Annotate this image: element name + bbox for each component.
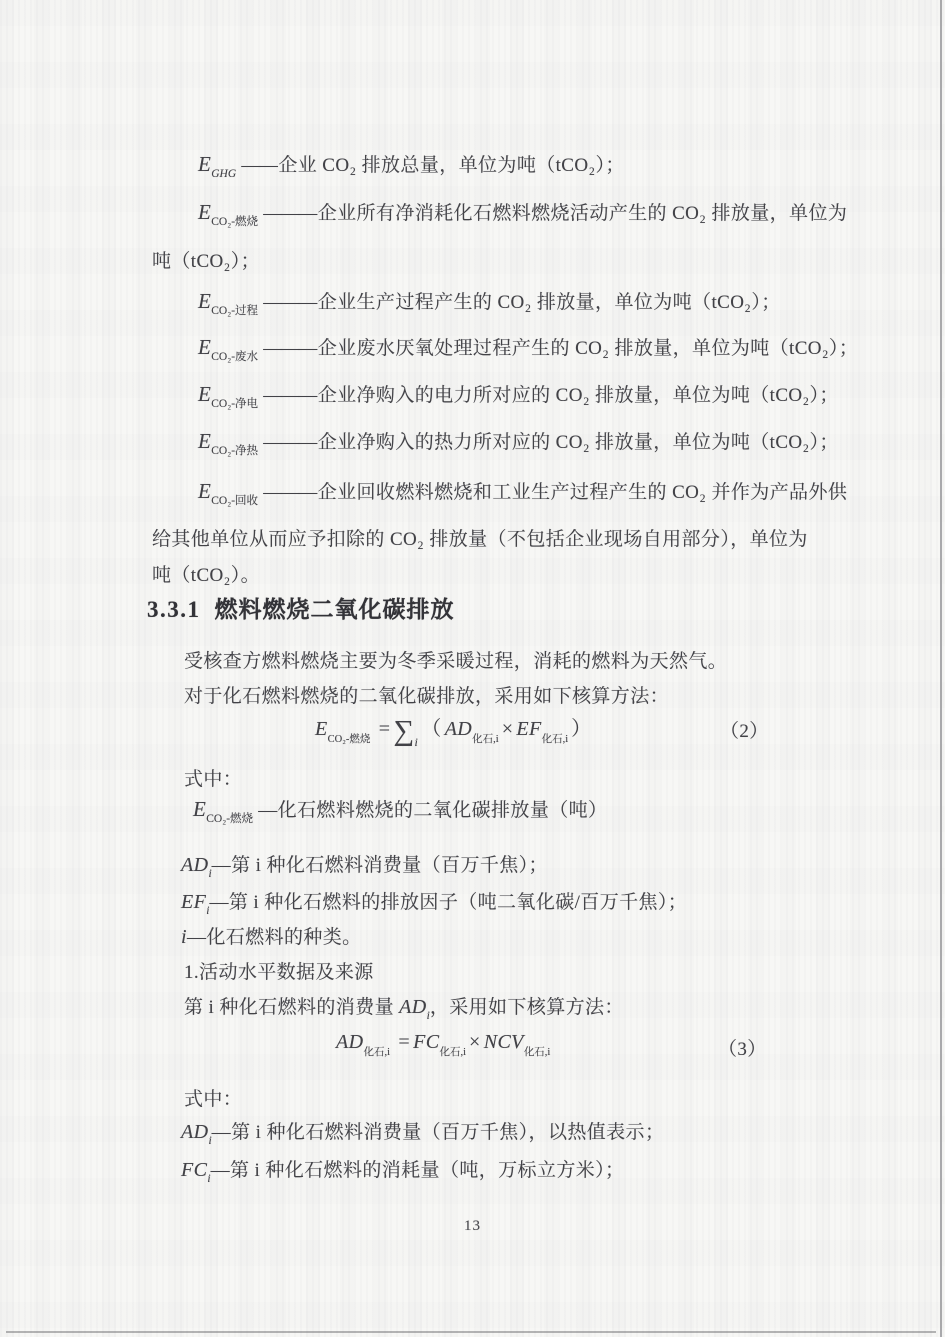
paragraph-text: 第 i 种化石燃料的消费量 bbox=[184, 997, 399, 1018]
variable-text: —第 i 种化石燃料消费量（百万千焦），以热值表示； bbox=[212, 1122, 665, 1143]
page-number-text: 13 bbox=[464, 1218, 481, 1234]
definition-co2-recovered-wrap1: 给其他单位从而应予扣除的 CO₂ 排放量（不包括企业现场自用部分），单位为 bbox=[152, 524, 808, 551]
variable-base: AD bbox=[399, 996, 426, 1018]
formula-2-number: （2） bbox=[720, 716, 769, 743]
open-paren: （ bbox=[418, 718, 444, 740]
definition-co2-recovered: ECO₂-回收 ———企业回收燃料燃烧和工业生产过程产生的 CO₂ 并作为产品外… bbox=[198, 477, 847, 508]
paragraph: 受核查方燃料燃烧主要为冬季采暖过程，消耗的燃料为天然气。 bbox=[184, 646, 727, 673]
variable-text: —化石燃料的种类。 bbox=[187, 927, 362, 948]
definition-fuel-emission: ECO₂-燃烧 —化石燃料燃烧的二氧化碳排放量（吨） bbox=[193, 795, 607, 826]
paragraph-fuel-consumption: 第 i 种化石燃料的消费量 ADi，采用如下核算方法： bbox=[184, 992, 624, 1022]
where-label: 式中： bbox=[184, 764, 242, 791]
section-heading: 3.3.1燃料燃烧二氧化碳排放 bbox=[147, 591, 455, 624]
variable-ad-2: ADi—第 i 种化石燃料消费量（百万千焦），以热值表示； bbox=[181, 1117, 664, 1147]
symbol-base: E bbox=[198, 382, 211, 406]
formula-ncv-subscript: 化石,i bbox=[524, 1047, 551, 1058]
variable-text: —第 i 种化石燃料消费量（百万千焦）； bbox=[212, 855, 548, 876]
formula-ad-subscript: 化石,i bbox=[363, 1047, 390, 1058]
definition-dash: ——— bbox=[263, 482, 316, 503]
equals-sign: = bbox=[395, 1031, 413, 1053]
page-number: 13 bbox=[0, 1218, 945, 1235]
variable-base: AD bbox=[181, 854, 208, 876]
formula-lhs: E bbox=[315, 718, 328, 740]
symbol-base: E bbox=[193, 797, 206, 821]
definition-dash: ——— bbox=[263, 338, 316, 359]
variable-ef: EFi—第 i 种化石燃料的排放因子（吨二氧化碳/百万千焦）； bbox=[181, 887, 687, 917]
equals-sign: = bbox=[376, 718, 394, 740]
definition-dash: — bbox=[258, 800, 277, 821]
variable-base: FC bbox=[181, 1159, 207, 1181]
formula-lhs-subscript: CO₂-燃烧 bbox=[328, 734, 371, 745]
variable-fc: FCi—第 i 种化石燃料的消耗量（吨，万标立方米）； bbox=[181, 1155, 624, 1185]
definition-co2-fuel: ECO₂-燃烧 ———企业所有净消耗化石燃料燃烧活动产生的 CO₂ 排放量，单位… bbox=[198, 198, 847, 229]
symbol-base: E bbox=[198, 479, 211, 503]
paragraph-text: 对于化石燃料燃烧的二氧化碳排放，采用如下核算方法： bbox=[184, 686, 669, 707]
where-text: 式中： bbox=[184, 1089, 242, 1110]
symbol-base: E bbox=[198, 289, 211, 313]
definition-text: 企业回收燃料燃烧和工业生产过程产生的 CO₂ 并作为产品外供 bbox=[318, 482, 848, 503]
formula-3: AD化石,i =FC化石,i×NCV化石,i bbox=[336, 1031, 550, 1059]
definition-egh: EGHG ——企业 CO₂ 排放总量，单位为吨（tCO₂）； bbox=[198, 150, 625, 180]
equation-number: （2） bbox=[720, 721, 769, 742]
definition-co2-wastewater: ECO₂-废水 ———企业废水厌氧处理过程产生的 CO₂ 排放量，单位为吨（tC… bbox=[198, 333, 858, 364]
definition-dash: ——— bbox=[263, 432, 316, 453]
symbol-base: E bbox=[198, 335, 211, 359]
formula-ad-subscript: 化石,i bbox=[472, 734, 499, 745]
paragraph: 对于化石燃料燃烧的二氧化碳排放，采用如下核算方法： bbox=[184, 681, 669, 708]
sum-symbol: ∑ bbox=[393, 715, 414, 747]
variable-ad: ADi—第 i 种化石燃料消费量（百万千焦）； bbox=[181, 850, 548, 880]
variable-text: —第 i 种化石燃料的排放因子（吨二氧化碳/百万千焦）； bbox=[209, 892, 687, 913]
definition-text: 企业净购入的电力所对应的 CO₂ 排放量，单位为吨（tCO₂）； bbox=[318, 385, 839, 406]
definition-dash: ——— bbox=[263, 203, 316, 224]
definition-dash: ——— bbox=[263, 385, 316, 406]
formula-2: ECO₂-燃烧 =∑i（AD化石,i×EF化石,i） bbox=[315, 712, 595, 750]
symbol-subscript: CO₂-废水 bbox=[211, 351, 258, 363]
symbol-subscript: CO₂-过程 bbox=[211, 305, 258, 317]
symbol-subscript: CO₂-燃烧 bbox=[211, 216, 258, 228]
symbol-subscript: CO₂-燃烧 bbox=[206, 813, 253, 825]
symbol-subscript: CO₂-净热 bbox=[211, 445, 258, 457]
definition-dash: —— bbox=[241, 155, 276, 176]
formula-fc: FC bbox=[413, 1031, 439, 1053]
definition-text: 化石燃料燃烧的二氧化碳排放量（吨） bbox=[278, 800, 608, 821]
symbol-base: E bbox=[198, 200, 211, 224]
scan-edge-right bbox=[940, 0, 942, 1337]
document-page: EGHG ——企业 CO₂ 排放总量，单位为吨（tCO₂）； ECO₂-燃烧 —… bbox=[0, 0, 945, 1337]
symbol-base: E bbox=[198, 152, 211, 176]
definition-co2-fuel-wrap: 吨（tCO₂）； bbox=[152, 246, 260, 273]
definition-co2-process: ECO₂-过程 ———企业生产过程产生的 CO₂ 排放量，单位为吨（tCO₂）； bbox=[198, 287, 781, 318]
section-title: 燃料燃烧二氧化碳排放 bbox=[215, 597, 455, 622]
formula-ef: EF bbox=[516, 718, 541, 740]
definition-dash: ——— bbox=[263, 292, 316, 313]
definition-text: 企业净购入的热力所对应的 CO₂ 排放量，单位为吨（tCO₂）； bbox=[318, 432, 839, 453]
formula-fc-subscript: 化石,i bbox=[439, 1047, 466, 1058]
symbol-base: E bbox=[198, 429, 211, 453]
definition-co2-recovered-wrap2: 吨（tCO₂）。 bbox=[152, 560, 260, 587]
where-text: 式中： bbox=[184, 769, 242, 790]
paragraph-text: ，采用如下核算方法： bbox=[430, 997, 624, 1018]
scan-edge-bottom bbox=[6, 1331, 936, 1333]
formula-ad: AD bbox=[336, 1031, 363, 1053]
definition-text: 企业 CO₂ 排放总量，单位为吨（tCO₂）； bbox=[278, 155, 625, 176]
definition-text: 企业所有净消耗化石燃料燃烧活动产生的 CO₂ 排放量，单位为 bbox=[318, 203, 848, 224]
equation-number: （3） bbox=[718, 1039, 767, 1060]
list-item-text: 1.活动水平数据及来源 bbox=[184, 962, 374, 983]
variable-base: AD bbox=[181, 1121, 208, 1143]
variable-base: EF bbox=[181, 891, 206, 913]
variable-i: i—化石燃料的种类。 bbox=[181, 922, 362, 952]
definition-co2-electricity: ECO₂-净电 ———企业净购入的电力所对应的 CO₂ 排放量，单位为吨（tCO… bbox=[198, 380, 839, 411]
formula-ef-subscript: 化石,i bbox=[542, 734, 569, 745]
list-item-activity-data: 1.活动水平数据及来源 bbox=[184, 957, 374, 984]
symbol-subscript: CO₂-回收 bbox=[211, 495, 258, 507]
formula-ncv: NCV bbox=[484, 1031, 524, 1053]
symbol-subscript: CO₂-净电 bbox=[211, 398, 258, 410]
definition-co2-heat: ECO₂-净热 ———企业净购入的热力所对应的 CO₂ 排放量，单位为吨（tCO… bbox=[198, 427, 839, 458]
paragraph-text: 受核查方燃料燃烧主要为冬季采暖过程，消耗的燃料为天然气。 bbox=[184, 651, 727, 672]
definition-text: 吨（tCO₂）； bbox=[152, 251, 260, 272]
definition-text: 给其他单位从而应予扣除的 CO₂ 排放量（不包括企业现场自用部分），单位为 bbox=[152, 529, 808, 550]
definition-text: 企业生产过程产生的 CO₂ 排放量，单位为吨（tCO₂）； bbox=[318, 292, 781, 313]
symbol-subscript: GHG bbox=[211, 168, 236, 180]
multiply-sign: × bbox=[499, 718, 517, 740]
formula-ad: AD bbox=[445, 718, 472, 740]
definition-text: 企业废水厌氧处理过程产生的 CO₂ 排放量，单位为吨（tCO₂）； bbox=[318, 338, 859, 359]
close-paren: ） bbox=[568, 718, 594, 740]
where-label: 式中： bbox=[184, 1084, 242, 1111]
definition-text: 吨（tCO₂）。 bbox=[152, 565, 260, 586]
multiply-sign: × bbox=[466, 1031, 484, 1053]
variable-text: —第 i 种化石燃料的消耗量（吨，万标立方米）； bbox=[211, 1160, 625, 1181]
section-number: 3.3.1 bbox=[147, 597, 201, 622]
formula-3-number: （3） bbox=[718, 1034, 767, 1061]
